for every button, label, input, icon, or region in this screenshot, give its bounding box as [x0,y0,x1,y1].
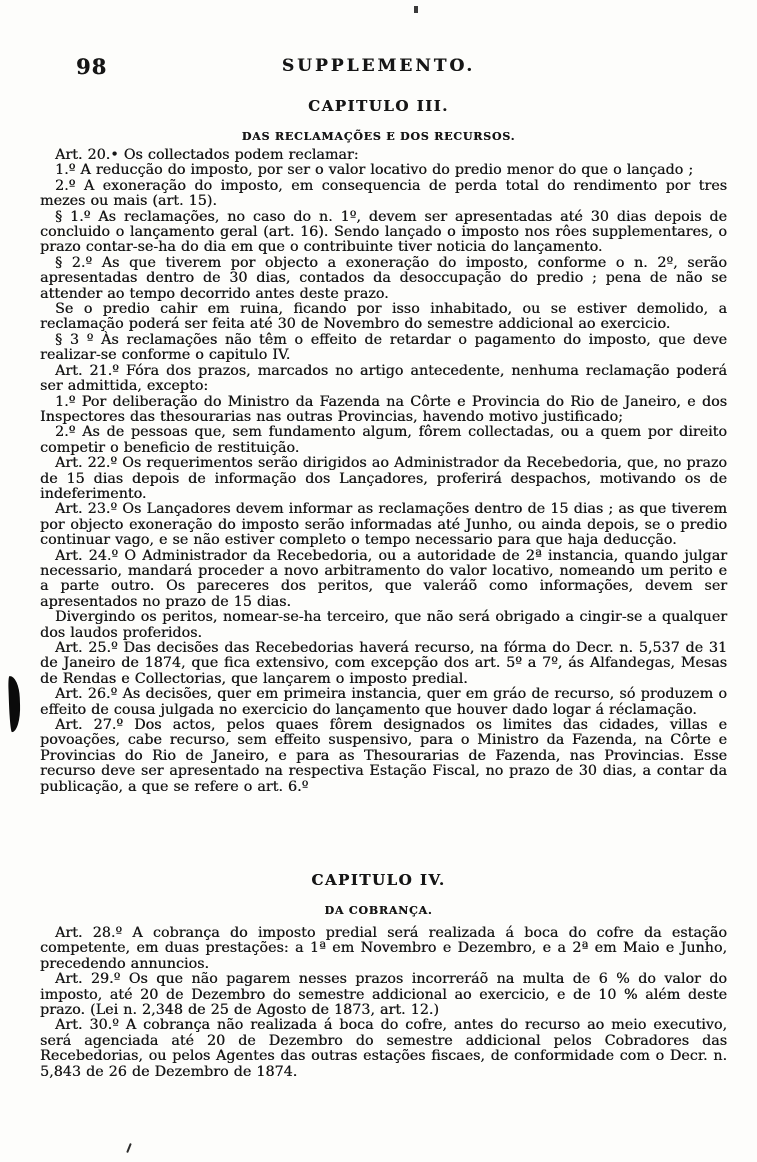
para-art-28: Art. 28.º A cobrança do imposto predial … [40,926,727,972]
para-art-24: Art. 24.º O Administrador da Recebedoria… [40,549,727,611]
para-art-21: Art. 21.º Fóra dos prazos, marcados no a… [40,364,727,395]
para-art-20-s2b: Se o predio cahir em ruina, ficando por … [40,302,727,333]
para-art-20-s2: § 2.º As que tiverem por objecto a exone… [40,256,727,302]
para-art-20-s1: § 1.º As reclamações, no caso do n. 1º, … [40,210,727,256]
para-art-24b: Divergindo os peritos, nomear-se-ha terc… [40,610,727,641]
scanned-document-page: 98 SUPPLEMENTO. CAPITULO III. DAS RECLAM… [0,0,757,1162]
ink-speck [414,6,418,13]
para-art-29: Art. 29.º Os que não pagarem nesses praz… [40,972,727,1018]
para-art-20: Art. 20.• Os collectados podem reclamar: [40,148,727,163]
para-art-22: Art. 22.º Os requerimentos serão dirigid… [40,456,727,502]
para-art-23: Art. 23.º Os Lançadores devem informar a… [40,502,727,548]
running-head-title: SUPPLEMENTO. [0,56,757,76]
chapter-4-heading: CAPITULO IV. [0,871,757,889]
chapter-3-heading: CAPITULO III. [0,97,757,115]
chapter-4-subheading: DA COBRANÇA. [0,904,757,917]
para-art-30: Art. 30.º A cobrança não realizada á boc… [40,1018,727,1080]
para-art-27: Art. 27.º Dos actos, pelos quaes fôrem d… [40,718,727,795]
scratch-mark [126,1143,132,1153]
para-art-21-i2: 2.º As de pessoas que, sem fundamento al… [40,425,727,456]
ink-blot [8,676,21,732]
para-art-26: Art. 26.º As decisões, quer em primeira … [40,687,727,718]
para-art-21-i1: 1.º Por deliberação do Ministro da Fazen… [40,395,727,426]
chapter-4-body: Art. 28.º A cobrança do imposto predial … [40,926,727,1080]
chapter-3-body: Art. 20.• Os collectados podem reclamar:… [40,148,727,795]
para-art-20-i1: 1.º A reducção do imposto, por ser o val… [40,163,727,178]
para-art-25: Art. 25.º Das decisões das Recebedorias … [40,641,727,687]
chapter-3-subheading: DAS RECLAMAÇÕES E DOS RECURSOS. [0,130,757,143]
para-art-20-s3: § 3 º Às reclamações não têm o effeito d… [40,333,727,364]
para-art-20-i2: 2.º A exoneração do imposto, em conseque… [40,179,727,210]
